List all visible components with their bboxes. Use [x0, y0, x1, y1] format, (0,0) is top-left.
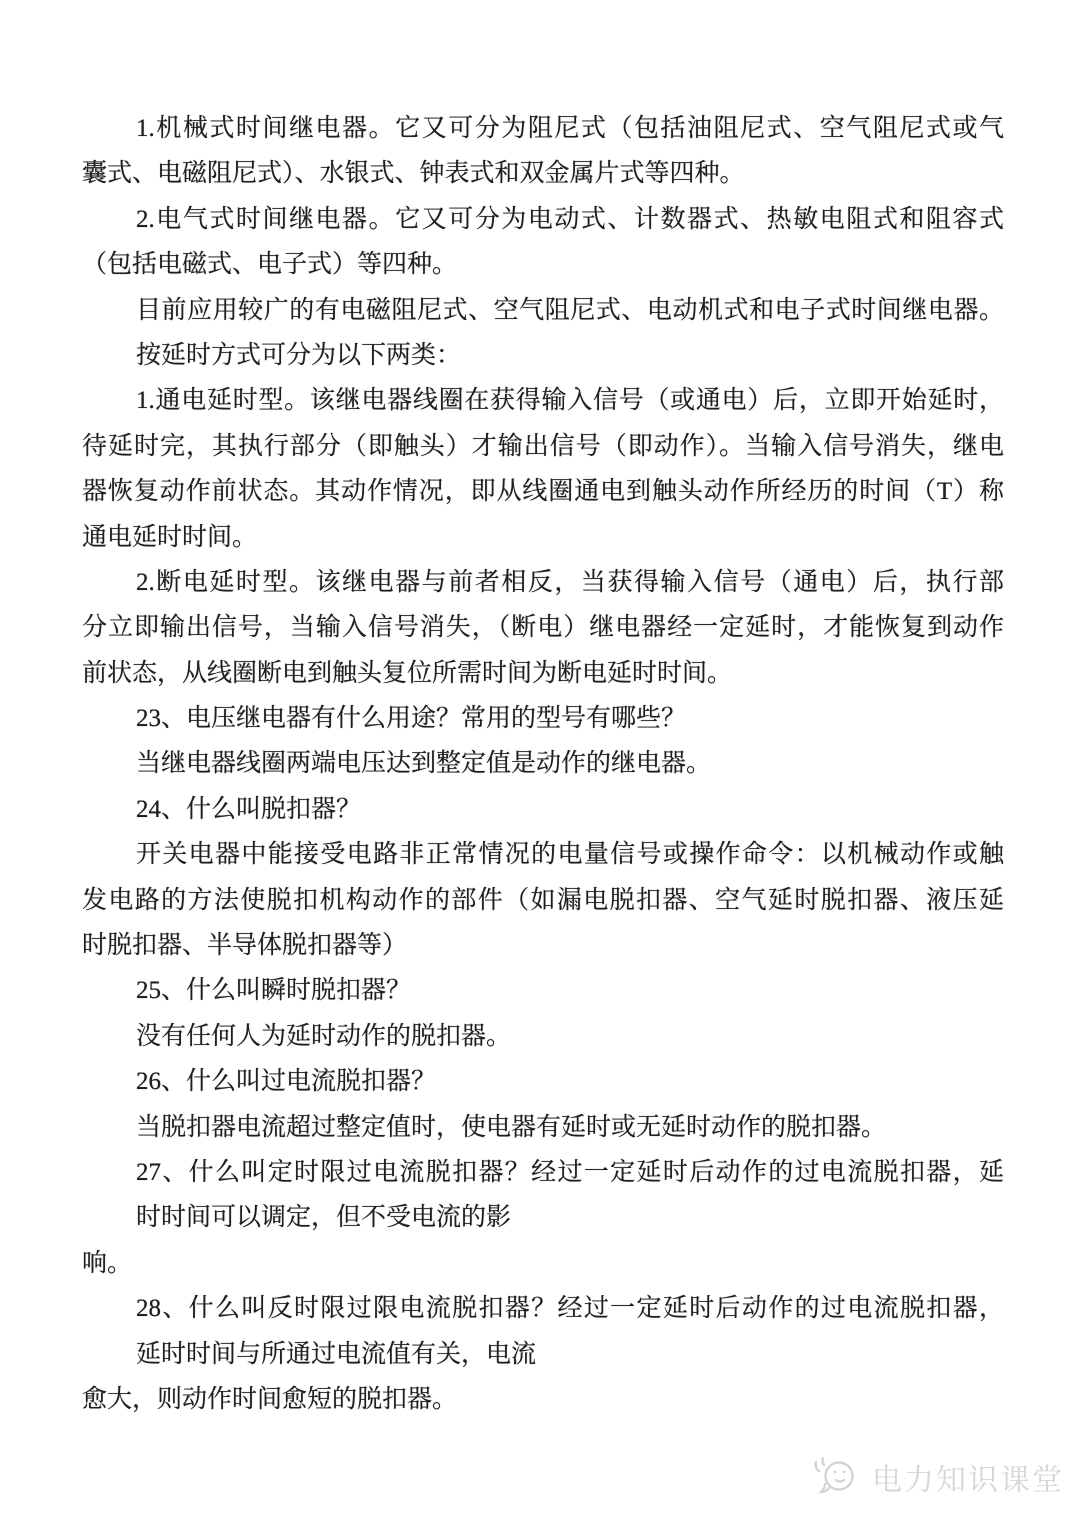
- text-line: 按延时方式可分为以下两类：: [82, 333, 1004, 378]
- text-line: 24、什么叫脱扣器？: [82, 787, 1004, 832]
- text-line: 25、什么叫瞬时脱扣器？: [82, 968, 1004, 1013]
- watermark: 电力知识课堂: [812, 1454, 1064, 1500]
- text-line: 时脱扣器、半导体脱扣器等）: [82, 923, 1004, 968]
- text-line: 没有任何人为延时动作的脱扣器。: [82, 1014, 1004, 1059]
- document-page: 1.机械式时间继电器。它又可分为阻尼式（包括油阻尼式、空气阻尼式或气囊式、电磁阻…: [0, 0, 1080, 1528]
- text-line: 分立即输出信号，当输入信号消失，（断电）继电器经一定延时，才能恢复到动作: [82, 605, 1004, 650]
- text-line: 当继电器线圈两端电压达到整定值是动作的继电器。: [82, 741, 1004, 786]
- text-line: 2.断电延时型。该继电器与前者相反，当获得输入信号（通电）后，执行部: [82, 560, 1004, 605]
- text-line: 发电路的方法使脱扣机构动作的部件（如漏电脱扣器、空气延时脱扣器、液压延: [82, 878, 1004, 923]
- text-line: 26、什么叫过电流脱扣器？: [82, 1059, 1004, 1104]
- text-line: 目前应用较广的有电磁阻尼式、空气阻尼式、电动机式和电子式时间继电器。: [82, 288, 1004, 333]
- text-line: 囊式、电磁阻尼式）、水银式、钟表式和双金属片式等四种。: [82, 151, 1004, 196]
- text-line: 延时时间与所通过电流值有关，电流: [82, 1332, 1004, 1377]
- text-line: 前状态，从线圈断电到触头复位所需时间为断电延时时间。: [82, 651, 1004, 696]
- text-line: 27、什么叫定时限过电流脱扣器？经过一定延时后动作的过电流脱扣器，延: [82, 1150, 1004, 1195]
- text-line: 当脱扣器电流超过整定值时，使电器有延时或无延时动作的脱扣器。: [82, 1105, 1004, 1150]
- text-line: 通电延时时间。: [82, 515, 1004, 560]
- text-line: （包括电磁式、电子式）等四种。: [82, 242, 1004, 287]
- text-line: 1.通电延时型。该继电器线圈在获得输入信号（或通电）后，立即开始延时，: [82, 378, 1004, 423]
- text-line: 待延时完，其执行部分（即触头）才输出信号（即动作）。当输入信号消失，继电: [82, 424, 1004, 469]
- chat-face-icon: [812, 1454, 864, 1500]
- text-line: 1.机械式时间继电器。它又可分为阻尼式（包括油阻尼式、空气阻尼式或气: [82, 106, 1004, 151]
- text-line: 器恢复动作前状态。其动作情况，即从线圈通电到触头动作所经历的时间（T）称: [82, 469, 1004, 514]
- text-line: 响。: [82, 1241, 1004, 1286]
- document-text: 1.机械式时间继电器。它又可分为阻尼式（包括油阻尼式、空气阻尼式或气囊式、电磁阻…: [82, 106, 1004, 1422]
- text-line: 开关电器中能接受电路非正常情况的电量信号或操作命令：以机械动作或触: [82, 832, 1004, 877]
- text-line: 23、电压继电器有什么用途？常用的型号有哪些？: [82, 696, 1004, 741]
- text-line: 2.电气式时间继电器。它又可分为电动式、计数器式、热敏电阻式和阻容式: [82, 197, 1004, 242]
- text-line: 时时间可以调定，但不受电流的影: [82, 1195, 1004, 1240]
- text-line: 愈大，则动作时间愈短的脱扣器。: [82, 1377, 1004, 1422]
- watermark-label: 电力知识课堂: [872, 1455, 1064, 1499]
- text-line: 28、什么叫反时限过限电流脱扣器？经过一定延时后动作的过电流脱扣器，: [82, 1286, 1004, 1331]
